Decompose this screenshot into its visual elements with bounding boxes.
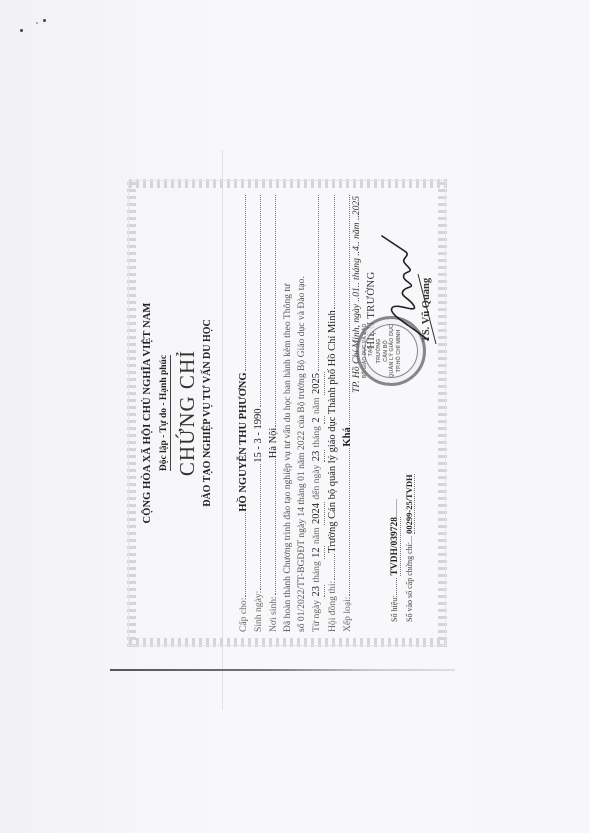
- dob-row: Sinh ngày: 15 - 3 - 1990: [251, 194, 266, 632]
- handwritten-signature-icon: [378, 234, 438, 344]
- dotted-leader: [251, 464, 261, 590]
- issued-to-row: Cấp cho: HỒ NGUYỄN THU PHƯƠNG: [236, 194, 251, 632]
- nation-heading: CỘNG HÒA XÃ HỘI CHỦ NGHĨA VIỆT NAM: [142, 170, 153, 656]
- dotted-leader: [340, 448, 350, 596]
- certificate-body: Cấp cho: HỒ NGUYỄN THU PHƯƠNG Sinh ngày:…: [236, 194, 355, 632]
- month-label: tháng: [310, 426, 324, 447]
- certificate: CỘNG HÒA XÃ HỘI CHỦ NGHĨA VIỆT NAM Độc l…: [118, 170, 456, 656]
- scan-edge-line: [110, 669, 455, 671]
- dob-value: 15 - 3 - 1990: [252, 408, 266, 462]
- issued-to-value: HỒ NGUYỄN THU PHƯƠNG: [237, 372, 251, 511]
- dotted-leader: [236, 195, 246, 371]
- serial-block: Số hiệu:......... TVDH/039728......... S…: [388, 474, 417, 622]
- motto: Độc lập - Tự do - Hạnh phúc: [159, 355, 171, 471]
- sign-year: 2025: [351, 196, 362, 215]
- completion-line-2: số 01/2022/TT-BGDĐT ngày 14 tháng 01 năm…: [295, 194, 309, 632]
- to-label: đến ngày: [310, 465, 324, 500]
- registry-number-row: Số vào sổ cấp chứng chỉ:... 00299-25/TVD…: [402, 474, 417, 622]
- certificate-header: CỘNG HÒA XÃ HỘI CHỦ NGHĨA VIỆT NAM Độc l…: [142, 170, 213, 656]
- from-month: 12: [310, 546, 325, 559]
- sign-month: 4: [351, 246, 362, 251]
- serial-number-row: Số hiệu:......... TVDH/039728.........: [388, 474, 402, 622]
- dotted-leader: [325, 195, 335, 309]
- birthplace-value: Hà Nội: [267, 428, 281, 459]
- sign-day: 01: [351, 287, 362, 297]
- to-month: 2: [310, 416, 325, 423]
- dotted-leader: [236, 513, 246, 597]
- month-label: tháng: [310, 561, 324, 582]
- issued-to-label: Cấp cho:: [237, 598, 251, 632]
- year-label: năm: [310, 397, 324, 414]
- scanned-page: CỘNG HÒA XÃ HỘI CHỦ NGHĨA VIỆT NAM Độc l…: [0, 0, 589, 833]
- council-value: Trường Cán bộ quản lý giáo dục Thành phố…: [326, 310, 340, 553]
- registry-number-value: 00299-25/TVDH: [404, 474, 415, 534]
- dotted-leader: [309, 195, 319, 371]
- scan-speck: [36, 22, 38, 24]
- signature-block: HIỆU TRƯỞNG BỘ GIÁO DỤC VÀ ĐÀO TẠO TRƯỜN…: [366, 230, 432, 390]
- training-period-row: Từ ngày 23 tháng 12 năm 2024 đến ngày 23…: [309, 194, 325, 632]
- dotted-leader: [266, 459, 276, 595]
- stamp-ring-text: BỘ GIÁO DỤC VÀ ĐÀO TẠO: [362, 319, 374, 383]
- dotted-leader: [340, 195, 350, 426]
- grade-label: Xếp loại:: [341, 597, 355, 632]
- council-row: Hội đồng thi: Trường Cán bộ quản lý giáo…: [325, 194, 340, 632]
- birthplace-row: Nơi sinh: Hà Nội: [266, 194, 281, 632]
- from-label: Từ ngày: [310, 600, 324, 632]
- birthplace-label: Nơi sinh:: [267, 596, 281, 632]
- grade-value: Khá: [341, 427, 355, 446]
- dotted-leader: [251, 195, 261, 407]
- serial-number-label: Số hiệu:: [390, 596, 399, 622]
- certificate-title: CHỨNG CHỈ: [175, 170, 200, 656]
- dotted-leader: [266, 195, 276, 427]
- council-label: Hội đồng thi:: [326, 581, 340, 632]
- scan-speck: [43, 19, 46, 22]
- sign-year-label: năm: [351, 222, 362, 239]
- sign-month-label: tháng: [351, 258, 362, 280]
- completion-line-1: Đã hoàn thành Chương trình đào tạo nghiệ…: [281, 194, 295, 632]
- dotted-leader: [325, 554, 335, 580]
- certificate-area: CỘNG HÒA XÃ HỘI CHỦ NGHĨA VIỆT NAM Độc l…: [118, 170, 456, 656]
- year-label: năm: [310, 527, 324, 544]
- dob-label: Sinh ngày:: [252, 591, 266, 632]
- serial-number-value: TVDH/039728: [390, 517, 401, 576]
- scan-speck: [20, 29, 23, 32]
- to-year: 2025: [310, 372, 325, 395]
- registry-number-label: Số vào sổ cấp chứng chỉ:: [405, 542, 414, 622]
- from-year: 2024: [310, 502, 325, 525]
- certificate-subtitle: ĐÀO TẠO NGHIỆP VỤ TƯ VẤN DU HỌC: [202, 170, 213, 656]
- from-day: 23: [310, 585, 325, 598]
- to-day: 23: [310, 450, 325, 463]
